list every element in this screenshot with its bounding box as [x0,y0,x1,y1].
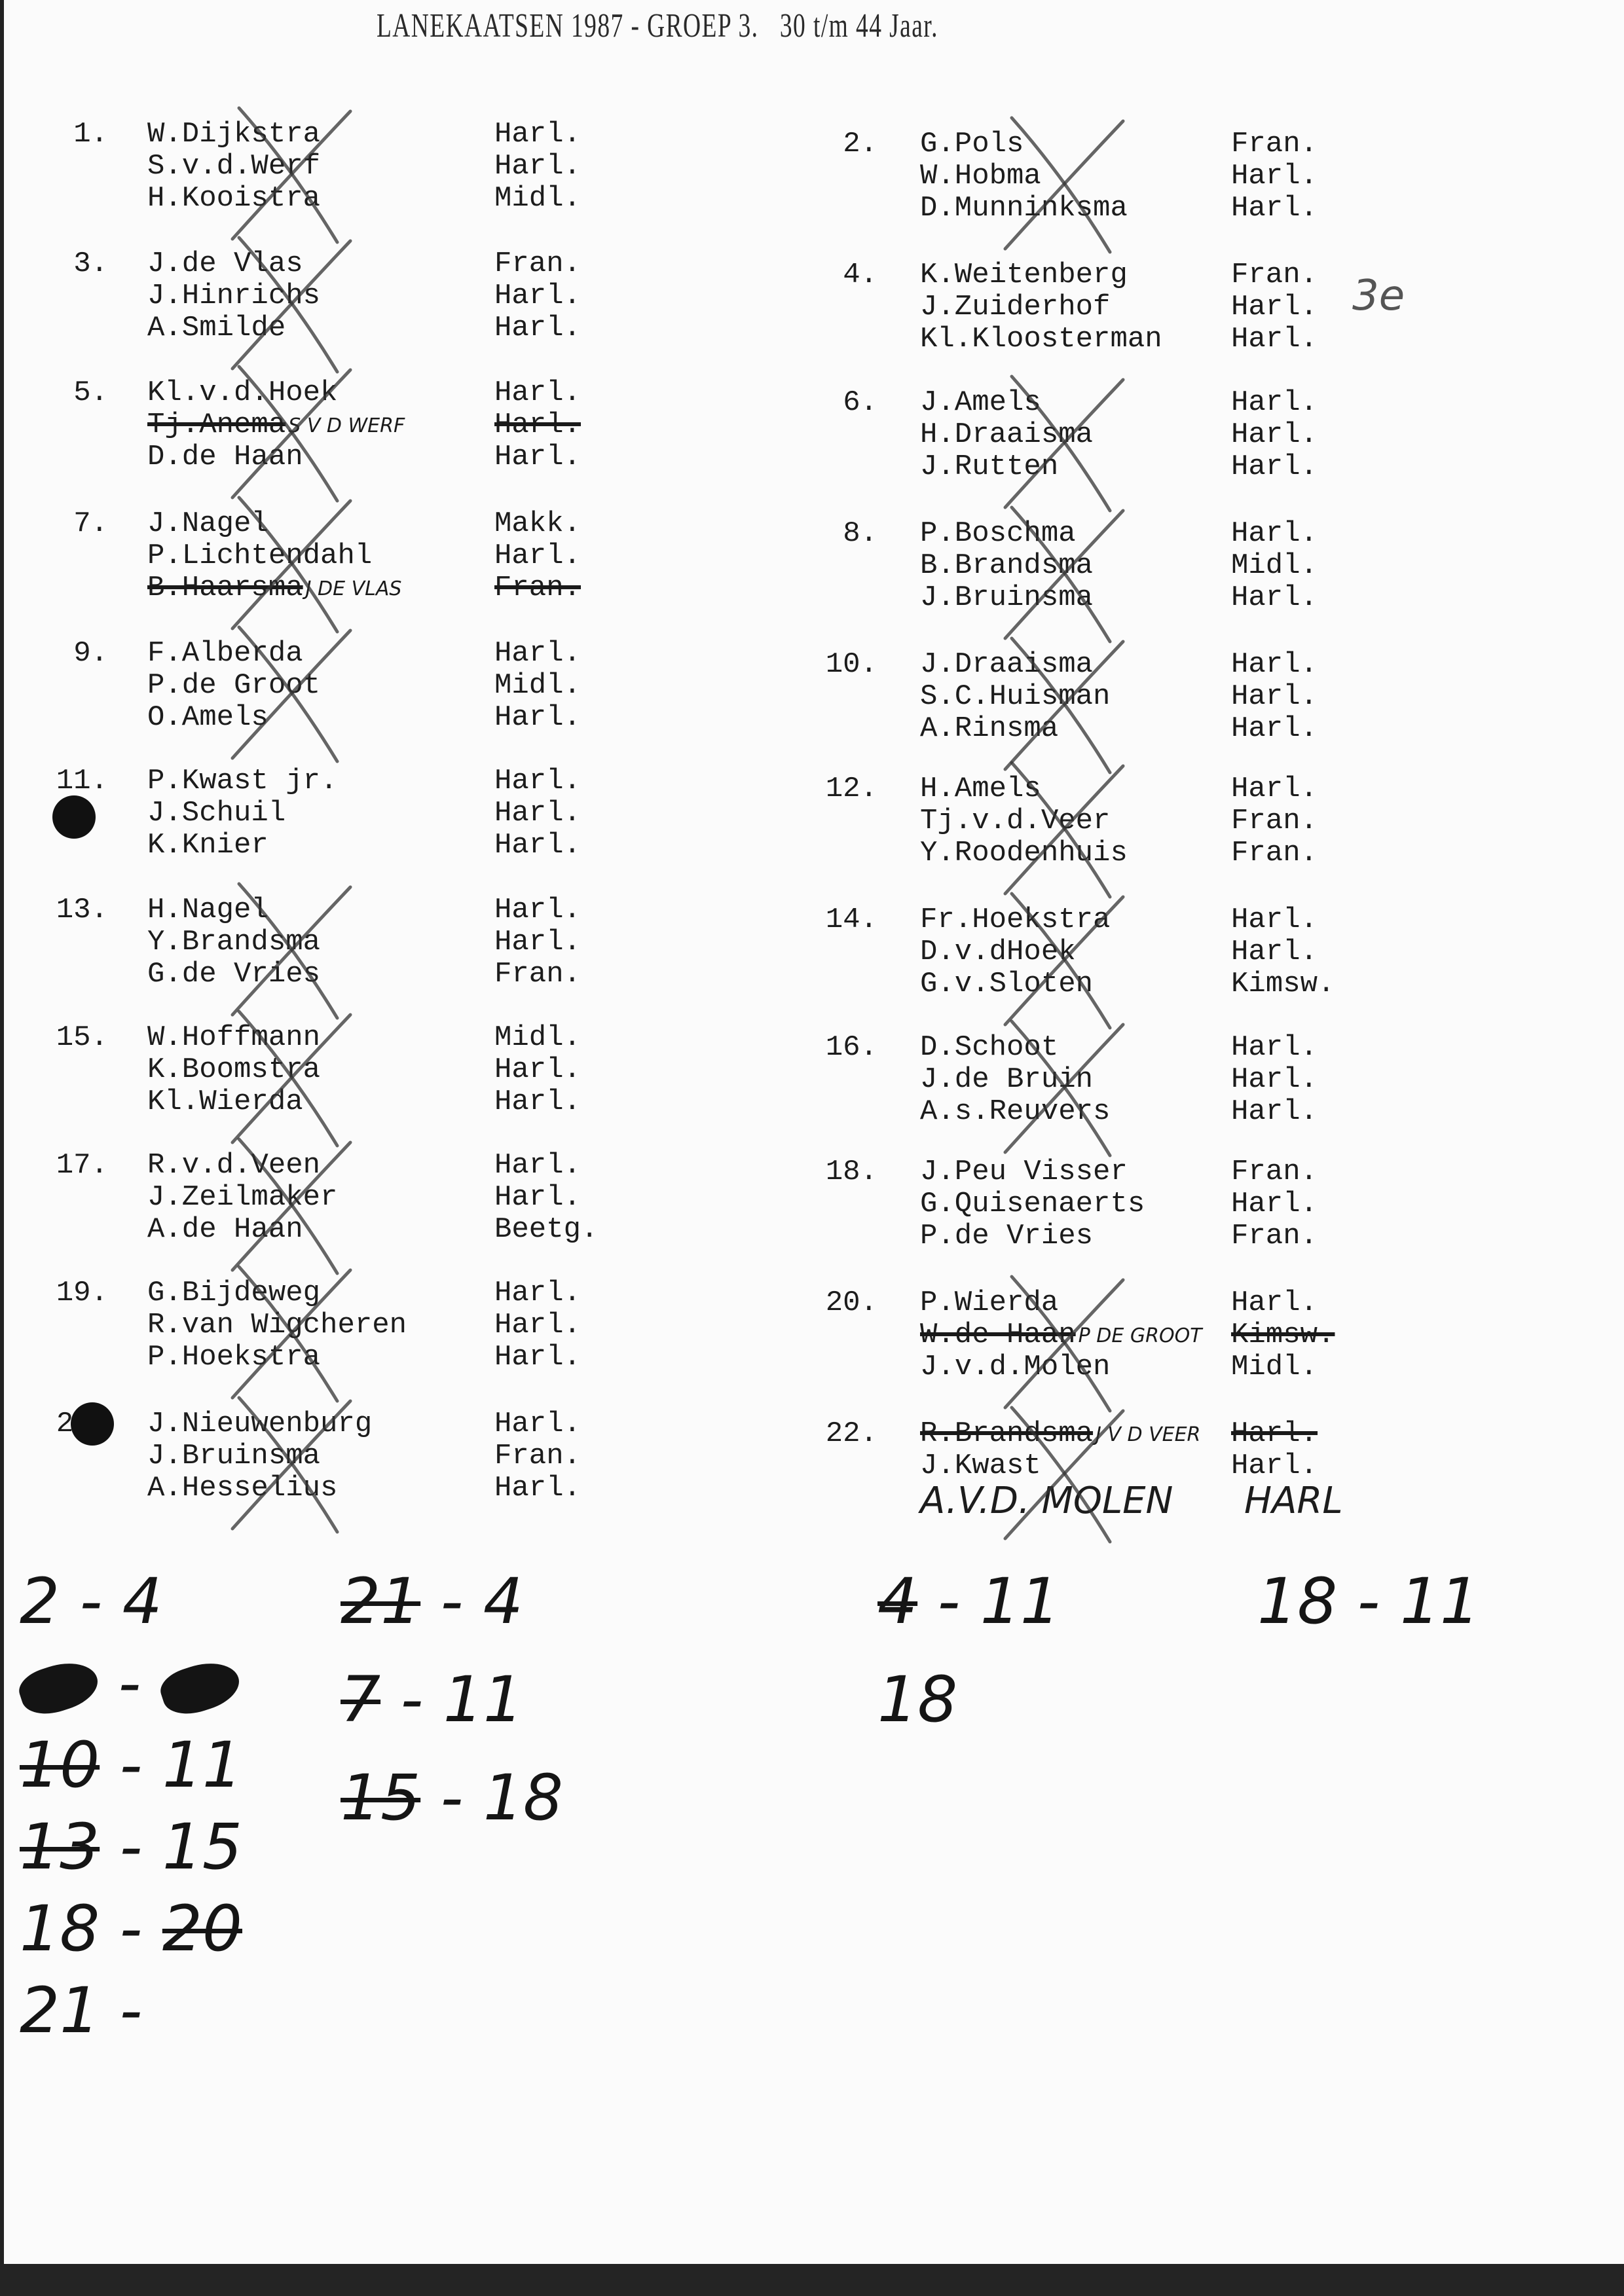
player-club: Harl. [494,1341,581,1374]
team-number: 11. [36,765,108,797]
handwritten-score: 7 - 11 [341,1663,523,1736]
handwritten-score: 10 - 11 [20,1728,242,1802]
player-name: H.Draaisma [920,418,1093,451]
handwritten-score: - [20,1647,240,1720]
player-club: Harl. [1231,1095,1318,1128]
player-club: Harl. [494,637,581,670]
player-name: J.Bruinsma [920,581,1093,614]
team-number: 8. [805,517,877,550]
player-club: Harl. [494,1309,581,1341]
player-club: Harl. [1231,323,1318,355]
team-number: 6. [805,386,877,419]
player-club: Harl. [494,894,581,926]
player-name: Kl.v.d.Hoek [147,376,337,409]
player-name: J.Rutten [920,450,1058,483]
player-name: Fr.Hoekstra [920,903,1110,936]
player-club: Harl. [1231,1188,1318,1220]
player-club: Harl. [1231,1286,1318,1319]
player-name: A.Rinsma [920,712,1058,745]
player-name: J.Nagel [147,507,268,540]
team-number: 4. [805,259,877,291]
player-club: Kimsw. [1231,1319,1335,1351]
player-name: G.Pols [920,128,1024,160]
player-club: Fran. [1231,1156,1318,1188]
player-club: Harl. [1231,1031,1318,1064]
player-name: J.de Bruin [920,1063,1093,1096]
team-number: 3. [36,247,108,280]
player-name: J.Nieuwenburg [147,1408,372,1440]
player-club: Harl. [1231,386,1318,419]
player-name: J.Zuiderhof [920,291,1110,323]
team-number: 16. [805,1031,877,1064]
player-club: Midl. [1231,1351,1318,1383]
player-name: P.Boschma [920,517,1076,550]
handwritten-score: 21 - [20,1974,162,2047]
team-number: 2. [805,128,877,160]
handwritten-replacement: J V D VEER [1096,1423,1200,1446]
handwritten-replacement: J DE VLAS [306,577,402,600]
player-name: Tj.v.d.Veer [920,805,1110,837]
scribble-mark [14,1654,103,1722]
team-number: 10. [805,648,877,681]
team-number: 17. [36,1149,108,1182]
player-club: Fran. [494,572,581,604]
player-club: Harl. [494,765,581,797]
player-name: K.Knier [147,829,268,862]
player-name: A.Hesselius [147,1472,337,1504]
player-club: Harl. [1231,1449,1318,1482]
player-club: Harl. [494,797,581,829]
handwritten-score: 2 - 4 [20,1565,162,1638]
player-name: S.v.d.Werf [147,150,320,183]
player-club: Midl. [1231,549,1318,582]
handwritten-score: 4 - 11 [877,1565,1060,1638]
player-name: A.de Haan [147,1213,303,1246]
player-name: J.Zeilmaker [147,1181,337,1214]
player-club: Harl. [1231,903,1318,936]
player-name: J.de Vlas [147,247,303,280]
player-name: J.Amels [920,386,1041,419]
player-name: P.Wierda [920,1286,1058,1319]
player-club: Harl. [494,280,581,312]
player-club: Harl. [1231,192,1318,225]
player-club: Midl. [494,669,581,702]
player-club: Harl. [494,701,581,734]
player-name: A.V.D. MOLEN [920,1485,1173,1518]
player-name: G.v.Sloten [920,968,1093,1000]
player-club: Fran. [494,247,581,280]
player-club: Harl. [494,926,581,958]
player-club: Fran. [494,1440,581,1472]
player-club: Midl. [494,182,581,215]
handwritten-replacement: P DE GROOT [1079,1324,1202,1347]
player-name: J.Hinrichs [147,280,320,312]
handwritten-replacement: S V D WERF [288,414,405,437]
player-name: D.Schoot [920,1031,1058,1064]
player-name: B.Brandsma [920,549,1093,582]
player-club: Harl. [494,441,581,473]
player-club: Harl. [1231,160,1318,192]
player-club: Harl. [1231,680,1318,713]
player-club: Makk. [494,507,581,540]
scan-band [0,2264,1624,2296]
team-number: 5. [36,376,108,409]
team-number: 18. [805,1156,877,1188]
scanned-page: LANEKAATSEN 1987 - GROEP 3. 30 t/m 44 Ja… [0,0,1624,2296]
player-club: Midl. [494,1021,581,1054]
player-club: Harl. [494,1085,581,1118]
handwritten-score: 18 [877,1663,957,1736]
handwritten-score: 13 - 15 [20,1810,242,1884]
player-club: Harl. [494,829,581,862]
player-club: Harl. [1231,712,1318,745]
player-name: P.Lichtendahl [147,539,372,572]
punch-hole [52,795,96,839]
player-club: Harl. [1231,773,1318,805]
team-number: 12. [805,773,877,805]
player-name: Y.Brandsma [147,926,320,958]
player-name: S.C.Huisman [920,680,1110,713]
handwritten-score: 21 - 4 [341,1565,523,1638]
player-club: Harl. [1231,450,1318,483]
player-name: O.Amels [147,701,268,734]
team-number: 22. [805,1417,877,1450]
player-name: W.de HaanP DE GROOT [920,1319,1202,1353]
team-number: 20. [805,1286,877,1319]
player-club: Fran. [1231,805,1318,837]
player-name: P.Kwast jr. [147,765,337,797]
player-name: J.Draaisma [920,648,1093,681]
player-club: Harl. [494,1408,581,1440]
player-name: J.Bruinsma [147,1440,320,1472]
player-name: H.Kooistra [147,182,320,215]
player-name: G.Quisenaerts [920,1188,1145,1220]
team-number: 1. [36,118,108,151]
player-club: Harl. [494,118,581,151]
player-name: R.v.d.Veen [147,1149,320,1182]
team-number: 14. [805,903,877,936]
player-name: G.de Vries [147,958,320,991]
player-name: P.Hoekstra [147,1341,320,1374]
player-name: Kl.Wierda [147,1085,303,1118]
player-club: Harl. [494,1277,581,1309]
player-name: D.de Haan [147,441,303,473]
player-club: Harl. [1231,1063,1318,1096]
player-name: H.Amels [920,773,1041,805]
player-name: H.Nagel [147,894,268,926]
player-name: Y.Roodenhuis [920,837,1128,869]
player-club: Fran. [1231,837,1318,869]
player-club: Harl. [1231,291,1318,323]
player-name: R.van Wigcheren [147,1309,407,1341]
player-club: Fran. [1231,259,1318,291]
team-number: 7. [36,507,108,540]
document-title: LANEKAATSEN 1987 - GROEP 3. 30 t/m 44 Ja… [377,7,938,45]
player-club: Fran. [1231,128,1318,160]
player-club: Kimsw. [1231,968,1335,1000]
handwritten-score: 18 - 11 [1257,1565,1480,1638]
player-club: Harl. [1231,581,1318,614]
scribble-mark [156,1654,245,1722]
player-name: P.de Groot [147,669,320,702]
player-name: J.Kwast [920,1449,1041,1482]
scan-edge [0,0,4,2296]
player-club: Harl. [1231,517,1318,550]
handwritten-score: 18 - 20 [20,1892,242,1965]
team-number: 19. [36,1277,108,1309]
team-number: 15. [36,1021,108,1054]
player-name: K.Boomstra [147,1053,320,1086]
player-name: J.v.d.Molen [920,1351,1110,1383]
player-name: W.Hoffmann [147,1021,320,1054]
player-club: Fran. [1231,1220,1318,1252]
player-name: D.v.dHoek [920,936,1076,968]
player-club: Harl. [494,1472,581,1504]
player-name: W.Dijkstra [147,118,320,151]
player-name: A.s.Reuvers [920,1095,1110,1128]
player-club: Harl. [494,1053,581,1086]
player-club: Harl. [1231,1417,1318,1450]
player-name: Tj.AnemaS V D WERF [147,409,405,443]
player-club: Harl. [494,539,581,572]
player-club: Harl. [494,376,581,409]
player-name: D.Munninksma [920,192,1128,225]
player-name: P.de Vries [920,1220,1093,1252]
player-club: Harl. [494,409,581,441]
player-club: Harl. [1231,648,1318,681]
player-club: Harl. [494,1181,581,1214]
team-number: 13. [36,894,108,926]
player-name: B.HaarsmaJ DE VLAS [147,572,401,606]
player-club: Harl. [494,312,581,344]
player-name: F.Alberda [147,637,303,670]
player-name: W.Hobma [920,160,1041,192]
punch-hole [71,1402,114,1446]
player-club: Beetg. [494,1213,598,1246]
player-name: R.BrandsmaJ V D VEER [920,1417,1200,1451]
handwritten-score: 15 - 18 [341,1761,563,1834]
player-name: K.Weitenberg [920,259,1128,291]
player-club: Harl. [494,1149,581,1182]
player-name: G.Bijdeweg [147,1277,320,1309]
handwritten-annotation: 3e [1352,272,1405,320]
player-name: Kl.Kloosterman [920,323,1162,355]
player-club: Harl. [1231,936,1318,968]
player-name: A.Smilde [147,312,286,344]
player-name: J.Peu Visser [920,1156,1128,1188]
player-name: J.Schuil [147,797,286,829]
player-club: Harl. [494,150,581,183]
team-number: 9. [36,637,108,670]
player-club: Fran. [494,958,581,991]
player-club: Harl. [1231,418,1318,451]
player-club: HARL [1244,1485,1343,1518]
